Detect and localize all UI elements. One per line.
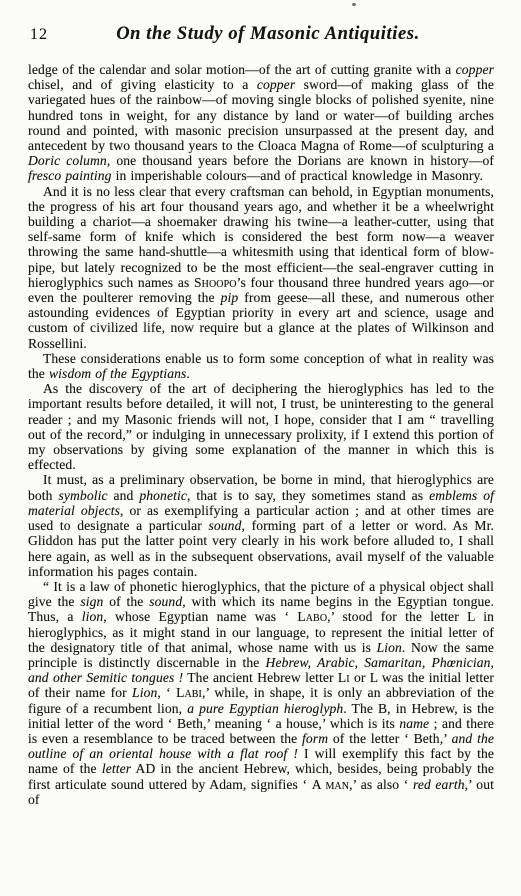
italic-text: Doric column — [28, 153, 107, 168]
body-text: and — [108, 488, 140, 503]
body-text: , one thousand years before the Dorians … — [107, 153, 494, 168]
italic-text: Lion — [377, 640, 402, 655]
paragraph: These considerations enable us to form s… — [28, 351, 494, 381]
smallcaps-text: Labi — [176, 685, 202, 700]
italic-text: copper — [257, 77, 295, 92]
body-text: of the letter ‘ Beth,’ — [328, 731, 451, 746]
italic-text: a pure Egyptian hieroglyph — [187, 701, 343, 716]
body-text: , ‘ — [157, 685, 176, 700]
paragraph: As the discovery of the art of decipheri… — [28, 381, 494, 472]
italic-text: letter — [102, 761, 131, 776]
body-text: The ancient Hebrew letter — [183, 670, 338, 685]
paragraph: It must, as a preliminary observation, b… — [28, 472, 494, 578]
italic-text: sign — [80, 594, 103, 609]
body-text: chisel, and of giving elasticity to a — [28, 77, 257, 92]
italic-text: fresco painting — [28, 168, 112, 183]
paragraph: ledge of the calendar and solar motion—o… — [28, 62, 494, 184]
italic-text: name — [399, 716, 429, 731]
smallcaps-text: Li — [338, 670, 350, 685]
italic-text: form — [302, 731, 328, 746]
page-header: 12 On the Study of Masonic Antiquities. — [28, 24, 494, 50]
body-text: ledge of the calendar and solar motion—o… — [28, 62, 456, 77]
smallcaps-text: A man — [312, 777, 349, 792]
body-text: , whose Egyptian name was ‘ — [103, 609, 297, 624]
body-text-block: ledge of the calendar and solar motion—o… — [28, 62, 494, 807]
italic-text: symbolic — [58, 488, 107, 503]
body-text: . — [186, 366, 190, 381]
italic-text: copper — [456, 62, 494, 77]
page-number: 12 — [30, 26, 48, 44]
smallcaps-text: Shoopo — [194, 275, 237, 290]
body-text: in imperishable colours—and of practical… — [112, 168, 484, 183]
body-text: of the — [103, 594, 149, 609]
book-page: 12 On the Study of Masonic Antiquities. … — [0, 0, 521, 896]
running-title: On the Study of Masonic Antiquities. — [28, 24, 494, 45]
paragraph: And it is no less clear that every craft… — [28, 184, 494, 351]
scan-speck-mark — [352, 3, 356, 6]
italic-text: sound — [149, 594, 182, 609]
italic-text: pip — [221, 290, 239, 305]
italic-text: lion — [82, 609, 104, 624]
italic-text: phonetic — [139, 488, 187, 503]
italic-text: wisdom of the Egyptians — [49, 366, 186, 381]
smallcaps-text: Labo — [297, 609, 327, 624]
body-text: ,’ as also ‘ — [349, 777, 413, 792]
body-text: , that is to say, they sometimes stand a… — [187, 488, 429, 503]
italic-text: red earth — [413, 777, 465, 792]
paragraph: “ It is a law of phonetic hieroglyphics,… — [28, 579, 494, 807]
italic-text: Lion — [132, 685, 157, 700]
italic-text: sound — [209, 518, 242, 533]
body-text: As the discovery of the art of decipheri… — [28, 381, 494, 472]
